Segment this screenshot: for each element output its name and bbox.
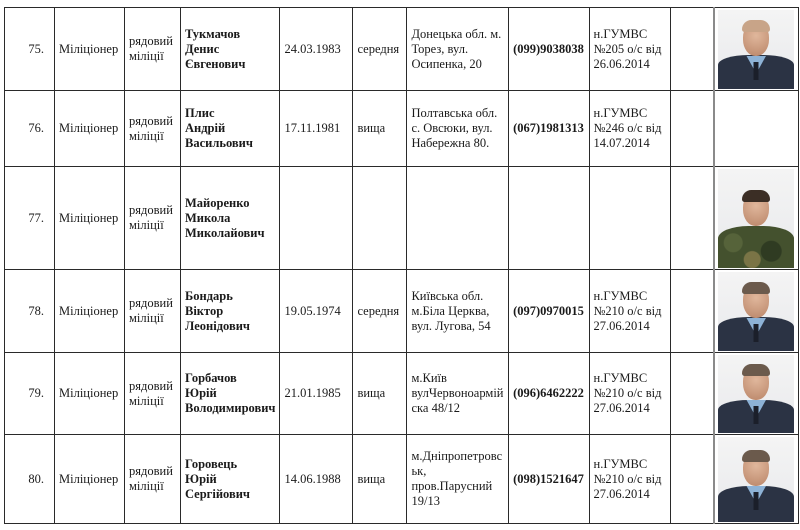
position-cell: Міліціонер — [55, 435, 125, 524]
education-cell — [353, 167, 407, 270]
address-line: с. Овсюки, вул. — [411, 121, 503, 136]
rank-line: міліції — [129, 49, 176, 64]
education-cell: вища — [353, 91, 407, 167]
order-cell: н.ГУМВС№210 о/с від27.06.2014 — [589, 353, 670, 435]
rank-cell: рядовийміліції — [125, 8, 181, 91]
name-line: Віктор — [185, 304, 275, 319]
address-cell: Полтавська обл.с. Овсюки, вул.Набережна … — [407, 91, 508, 167]
address-line: Торез, вул. — [411, 42, 503, 57]
notes-cell — [670, 353, 714, 435]
order-line: н.ГУМВС — [594, 371, 666, 386]
photo-cell — [714, 353, 798, 435]
table-row: 80. Міліціонер рядовийміліції ГоровецьЮр… — [5, 435, 799, 524]
person-photo-icon — [718, 437, 794, 522]
table-row: 77. Міліціонер рядовийміліції МайоренкоМ… — [5, 167, 799, 270]
address-line: Київська обл. — [411, 289, 503, 304]
education-cell: вища — [353, 353, 407, 435]
row-number: 78. — [5, 270, 55, 353]
notes-cell — [670, 91, 714, 167]
name-line: Юрій — [185, 386, 275, 401]
row-number: 80. — [5, 435, 55, 524]
position-cell: Міліціонер — [55, 8, 125, 91]
rank-cell: рядовийміліції — [125, 270, 181, 353]
phone-cell: (097)0970015 — [508, 270, 589, 353]
photo-cell — [714, 91, 798, 167]
rank-line: рядовий — [129, 114, 176, 129]
position-cell: Міліціонер — [55, 167, 125, 270]
person-photo-icon — [718, 355, 794, 433]
name-line: Сергійович — [185, 487, 275, 502]
row-number: 76. — [5, 91, 55, 167]
phone-cell: (096)6462222 — [508, 353, 589, 435]
table-row: 79. Міліціонер рядовийміліції ГорбачовЮр… — [5, 353, 799, 435]
name-line: Бондарь — [185, 289, 275, 304]
order-cell: н.ГУМВС№246 о/с від14.07.2014 — [589, 91, 670, 167]
education-cell: середня — [353, 270, 407, 353]
name-line: Володимирович — [185, 401, 275, 416]
address-line: м.Дніпропетровс — [411, 449, 503, 464]
notes-cell — [670, 435, 714, 524]
rank-cell: рядовийміліції — [125, 353, 181, 435]
photo-cell — [714, 167, 798, 270]
rank-line: міліції — [129, 479, 176, 494]
name-line: Горбачов — [185, 371, 275, 386]
address-cell: м.КиїввулЧервоноармійска 48/12 — [407, 353, 508, 435]
rank-line: міліції — [129, 311, 176, 326]
order-cell: н.ГУМВС№210 о/с від27.06.2014 — [589, 270, 670, 353]
person-photo-icon — [718, 272, 794, 351]
order-line: №246 о/с від — [594, 121, 666, 136]
order-line: №210 о/с від — [594, 304, 666, 319]
order-line: №210 о/с від — [594, 386, 666, 401]
full-name-cell: МайоренкоМиколаМиколайович — [181, 167, 280, 270]
birth-date-cell: 19.05.1974 — [280, 270, 353, 353]
address-line: вулЧервоноармій — [411, 386, 503, 401]
full-name-cell: ГорбачовЮрійВолодимирович — [181, 353, 280, 435]
rank-line: міліції — [129, 129, 176, 144]
notes-cell — [670, 8, 714, 91]
address-cell: Донецька обл. м.Торез, вул.Осипенка, 20 — [407, 8, 508, 91]
person-photo-icon — [718, 10, 794, 89]
phone-cell: (098)1521647 — [508, 435, 589, 524]
notes-cell — [670, 270, 714, 353]
order-line: 27.06.2014 — [594, 319, 666, 334]
birth-date-cell: 24.03.1983 — [280, 8, 353, 91]
address-line: Осипенка, 20 — [411, 57, 503, 72]
address-line: Донецька обл. м. — [411, 27, 503, 42]
name-line: Микола — [185, 211, 275, 226]
photo-cell — [714, 8, 798, 91]
order-line: 27.06.2014 — [594, 487, 666, 502]
personnel-table: 75. Міліціонер рядовийміліції ТукмачовДе… — [4, 7, 799, 524]
order-line: 27.06.2014 — [594, 401, 666, 416]
position-cell: Міліціонер — [55, 353, 125, 435]
rank-line: рядовий — [129, 296, 176, 311]
name-line: Плис — [185, 106, 275, 121]
address-cell — [407, 167, 508, 270]
address-line: Полтавська обл. — [411, 106, 503, 121]
name-line: Євгенович — [185, 57, 275, 72]
order-cell — [589, 167, 670, 270]
position-cell: Міліціонер — [55, 91, 125, 167]
rank-line: рядовий — [129, 464, 176, 479]
address-line: 19/13 — [411, 494, 503, 509]
name-line: Леонідович — [185, 319, 275, 334]
rank-line: міліції — [129, 394, 176, 409]
name-line: Андрій — [185, 121, 275, 136]
birth-date-cell: 14.06.1988 — [280, 435, 353, 524]
order-line: н.ГУМВС — [594, 457, 666, 472]
full-name-cell: БондарьВікторЛеонідович — [181, 270, 280, 353]
order-line: 26.06.2014 — [594, 57, 666, 72]
rank-line: міліції — [129, 218, 176, 233]
name-line: Васильович — [185, 136, 275, 151]
address-line: ьк, — [411, 464, 503, 479]
order-line: н.ГУМВС — [594, 27, 666, 42]
full-name-cell: ТукмачовДенисЄвгенович — [181, 8, 280, 91]
name-line: Горовець — [185, 457, 275, 472]
phone-cell: (099)9038038 — [508, 8, 589, 91]
row-number: 79. — [5, 353, 55, 435]
name-line: Юрій — [185, 472, 275, 487]
order-line: н.ГУМВС — [594, 106, 666, 121]
position-cell: Міліціонер — [55, 270, 125, 353]
rank-line: рядовий — [129, 34, 176, 49]
photo-cell — [714, 435, 798, 524]
personnel-table-container: 75. Міліціонер рядовийміліції ТукмачовДе… — [4, 7, 799, 524]
table-row: 76. Міліціонер рядовийміліції ПлисАндрій… — [5, 91, 799, 167]
birth-date-cell — [280, 167, 353, 270]
notes-cell — [670, 167, 714, 270]
address-line: пров.Парусний — [411, 479, 503, 494]
row-number: 75. — [5, 8, 55, 91]
name-line: Миколайович — [185, 226, 275, 241]
rank-line: рядовий — [129, 203, 176, 218]
order-line: н.ГУМВС — [594, 289, 666, 304]
photo-cell — [714, 270, 798, 353]
table-row: 75. Міліціонер рядовийміліції ТукмачовДе… — [5, 8, 799, 91]
name-line: Денис — [185, 42, 275, 57]
address-cell: Київська обл.м.Біла Церква,вул. Лугова, … — [407, 270, 508, 353]
order-line: №205 о/с від — [594, 42, 666, 57]
address-line: м.Біла Церква, — [411, 304, 503, 319]
rank-line: рядовий — [129, 379, 176, 394]
phone-cell: (067)1981313 — [508, 91, 589, 167]
order-cell: н.ГУМВС№205 о/с від26.06.2014 — [589, 8, 670, 91]
full-name-cell: ПлисАндрійВасильович — [181, 91, 280, 167]
person-photo-icon — [718, 169, 794, 268]
phone-cell — [508, 167, 589, 270]
address-line: ска 48/12 — [411, 401, 503, 416]
address-cell: м.Дніпропетровськ,пров.Парусний19/13 — [407, 435, 508, 524]
name-line: Майоренко — [185, 196, 275, 211]
order-line: №210 о/с від — [594, 472, 666, 487]
address-line: вул. Лугова, 54 — [411, 319, 503, 334]
order-line: 14.07.2014 — [594, 136, 666, 151]
birth-date-cell: 21.01.1985 — [280, 353, 353, 435]
row-number: 77. — [5, 167, 55, 270]
table-row: 78. Міліціонер рядовийміліції БондарьВік… — [5, 270, 799, 353]
rank-cell: рядовийміліції — [125, 91, 181, 167]
name-line: Тукмачов — [185, 27, 275, 42]
education-cell: вища — [353, 435, 407, 524]
address-line: м.Київ — [411, 371, 503, 386]
birth-date-cell: 17.11.1981 — [280, 91, 353, 167]
rank-cell: рядовийміліції — [125, 435, 181, 524]
order-cell: н.ГУМВС№210 о/с від27.06.2014 — [589, 435, 670, 524]
rank-cell: рядовийміліції — [125, 167, 181, 270]
full-name-cell: ГоровецьЮрійСергійович — [181, 435, 280, 524]
address-line: Набережна 80. — [411, 136, 503, 151]
table-body: 75. Міліціонер рядовийміліції ТукмачовДе… — [5, 8, 799, 524]
education-cell: середня — [353, 8, 407, 91]
